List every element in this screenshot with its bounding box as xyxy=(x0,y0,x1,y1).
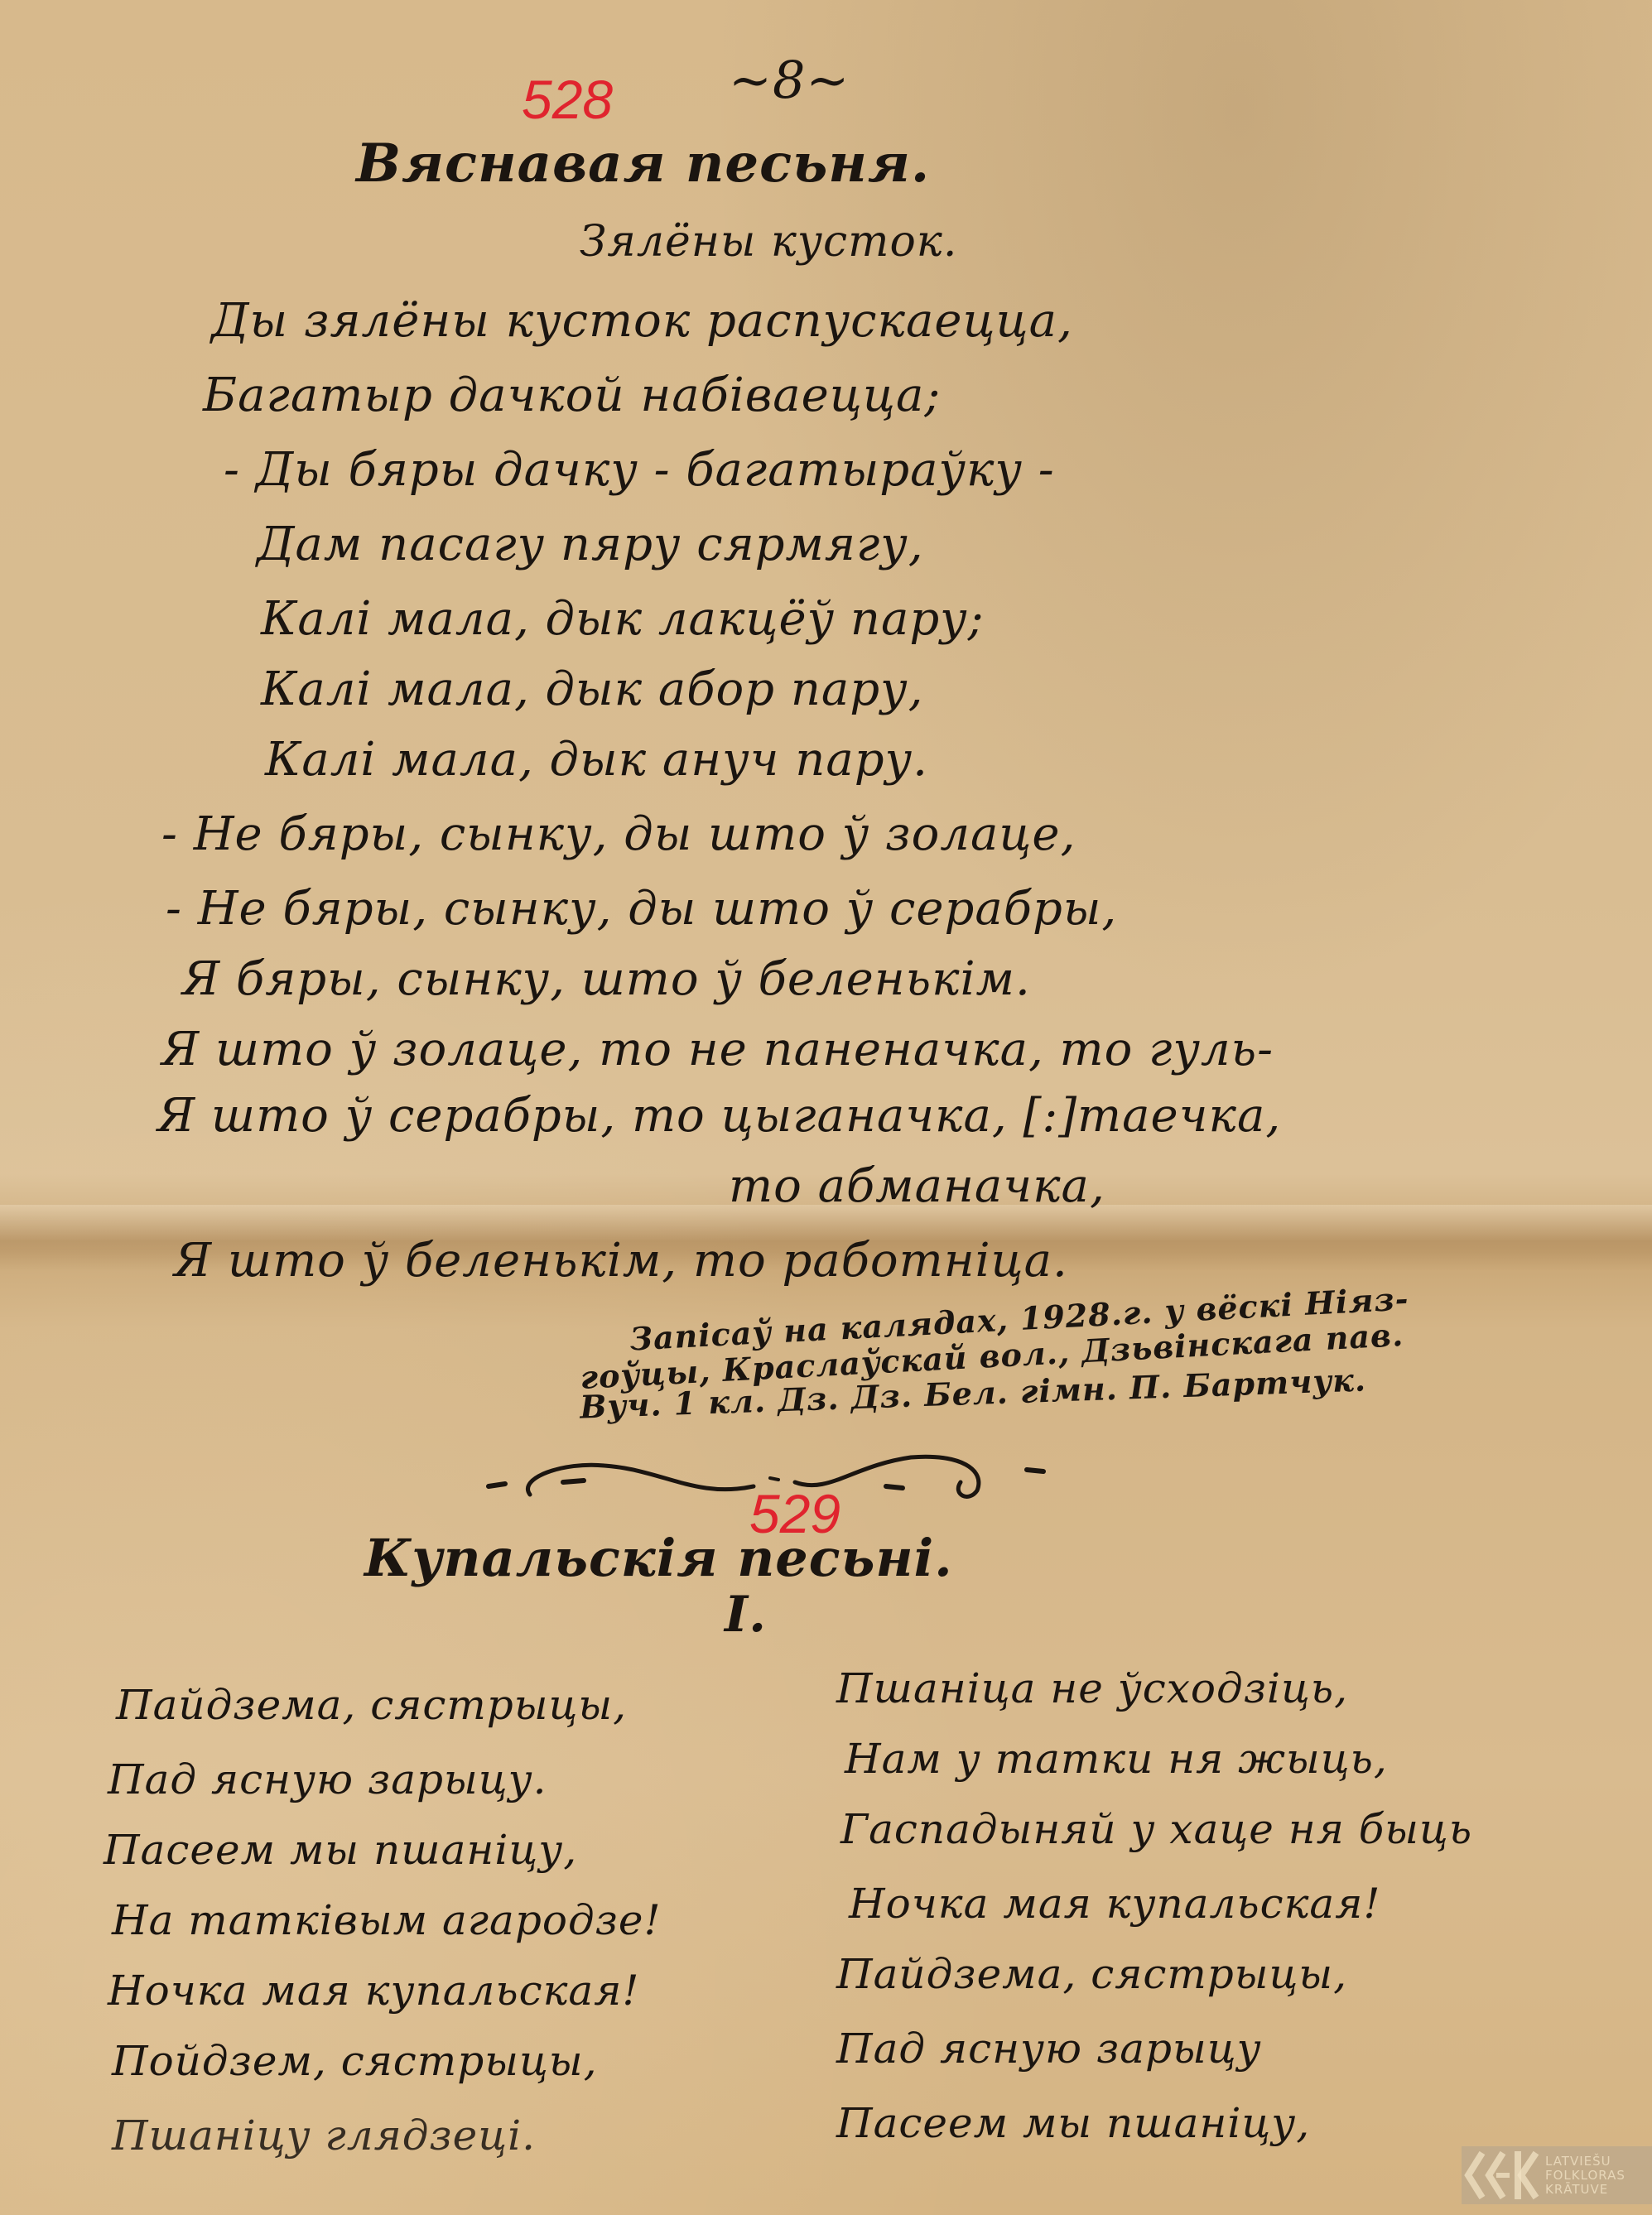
left-column-line: Пасеем мы пшаніцу, xyxy=(104,1826,577,1874)
verse-line: - Не бяры, сынку, ды што ў серабры, xyxy=(166,882,1117,936)
archive-number-528: 528 xyxy=(522,68,613,131)
song-title-spring: Вяснавая песьня. xyxy=(356,132,930,195)
verse-line: то абманачка, xyxy=(729,1159,1105,1213)
song-title-kupala: Купальскія песьні. xyxy=(364,1528,953,1588)
song-subtitle: Зялёны кусток. xyxy=(580,217,957,267)
archive-watermark: LATVIEŠU FOLKLORAS KRĀTUVE xyxy=(1462,2146,1652,2204)
verse-line: Я што ў серабры, то цыганачка, [:]таечка… xyxy=(157,1089,1281,1143)
lfk-logo-icon xyxy=(1462,2146,1540,2204)
page-marker: ~8~ xyxy=(729,50,850,110)
verse-line: Я бяры, сынку, што ў беленькім. xyxy=(182,952,1031,1006)
watermark-line: FOLKLORAS xyxy=(1545,2169,1626,2183)
left-column-line: Пайдзема, сястрыцы, xyxy=(116,1681,627,1729)
watermark-line: LATVIEŠU xyxy=(1545,2155,1626,2169)
verse-line: - Не бяры, сынку, ды што ў золаце, xyxy=(161,807,1076,861)
right-column-line: Пшаніца не ўсходзіць, xyxy=(836,1664,1348,1712)
right-column-line: Гаспадыняй у хаце ня быць xyxy=(840,1805,1472,1853)
left-column-line: Пшаніцу глядзеці. xyxy=(112,2111,536,2160)
section-numeral: I. xyxy=(725,1586,767,1644)
right-column-line: Пайдзема, сястрыцы, xyxy=(836,1950,1347,1998)
right-column-line: Пад ясную зарыцу xyxy=(836,2025,1262,2073)
verse-line: Калі мала, дык лакцёў пару; xyxy=(261,592,985,646)
verse-line: Ды зялёны кусток распускаецца, xyxy=(211,294,1073,348)
left-column-line: На татківым агародзе! xyxy=(112,1896,662,1944)
verse-line: Багатыр дачкой набіваецца; xyxy=(203,368,941,422)
left-column-line: Ночка мая купальская! xyxy=(108,1967,639,2015)
left-column-line: Пойдзем, сястрыцы, xyxy=(112,2037,597,2085)
verse-line: Я што ў золаце, то не паненачка, то гуль… xyxy=(161,1023,1274,1076)
right-column-line: Нам у татки ня жыць, xyxy=(845,1735,1388,1783)
verse-line: Калі мала, дык абор пару, xyxy=(261,662,923,716)
watermark-line: KRĀTUVE xyxy=(1545,2183,1626,2197)
verse-line: Калі мала, дык ануч пару. xyxy=(265,733,928,787)
left-column-line: Пад ясную зарыцу. xyxy=(108,1755,547,1803)
right-column-line: Пасеем мы пшаніцу, xyxy=(836,2099,1310,2147)
right-column-line: Ночка мая купальская! xyxy=(849,1880,1380,1928)
verse-line: Дам пасагу пяру сярмягу, xyxy=(257,518,924,571)
verse-line: Я што ў беленькім, то работніца. xyxy=(174,1234,1068,1288)
verse-line: - Ды бяры дачку - багатыраўку - xyxy=(224,443,1055,497)
